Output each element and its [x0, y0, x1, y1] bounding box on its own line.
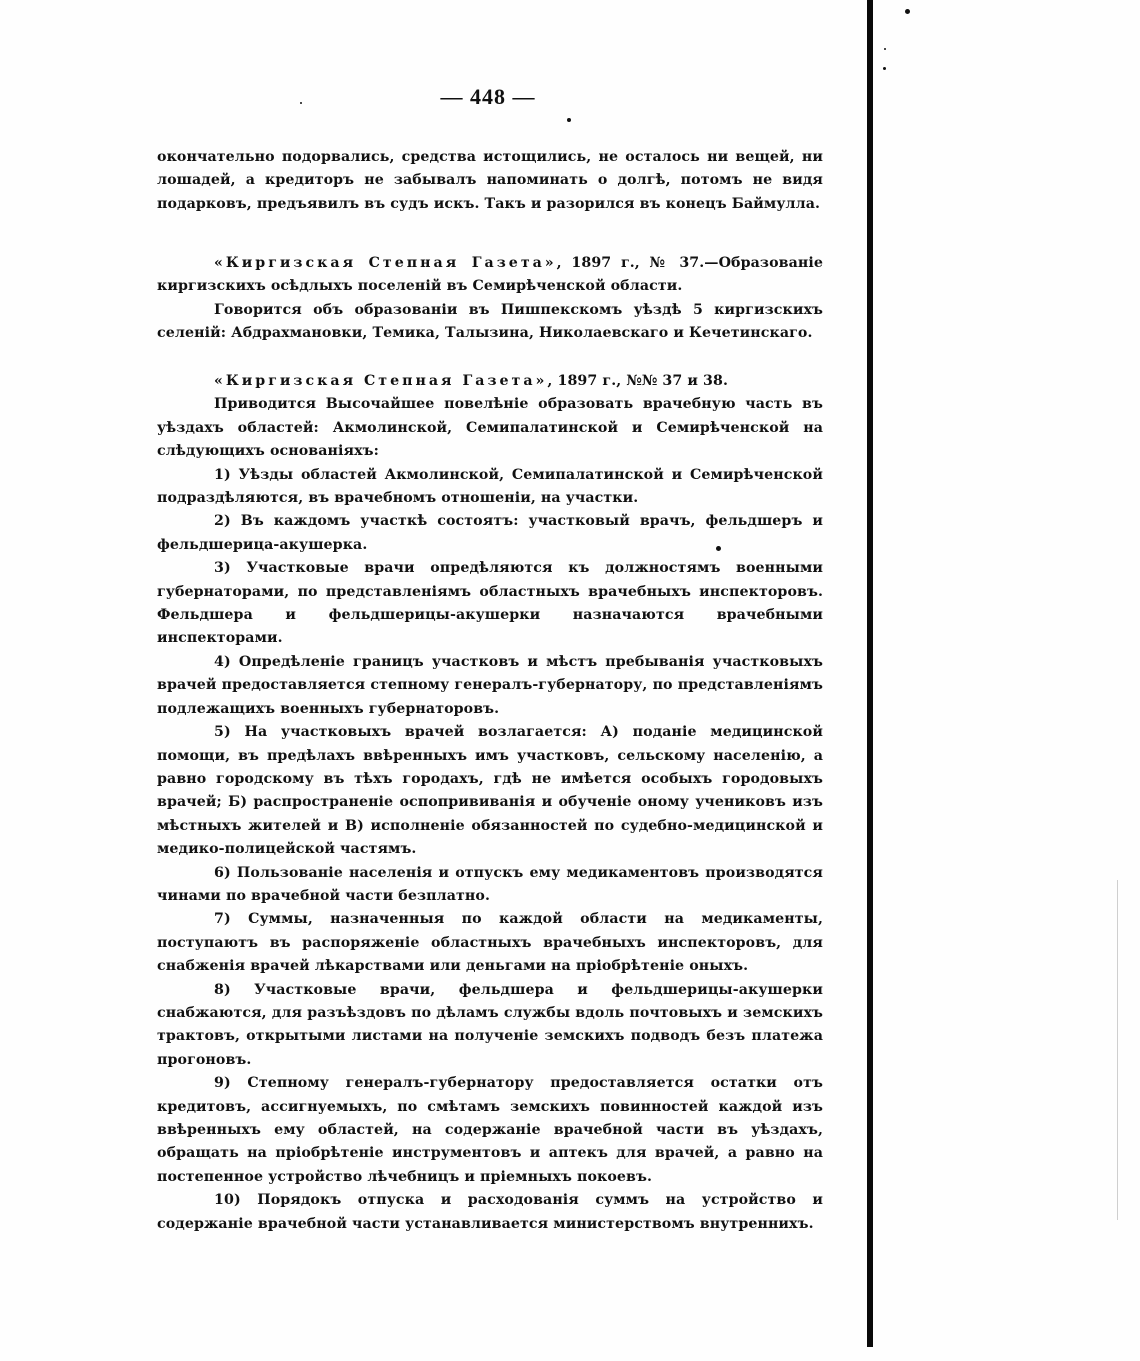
citation-heading: «Киргизская Степная Газета», 1897 г., №№…: [157, 370, 823, 393]
list-item-8: 8) Участковые врачи, фельдшера и фельдше…: [157, 979, 823, 1073]
page-number: — 448 —: [0, 84, 976, 110]
list-item-1: 1) Уѣзды областей Акмолинской, Семипалат…: [157, 464, 823, 511]
text-block-citation-2: «Киргизская Степная Газета», 1897 г., №№…: [157, 370, 823, 1236]
text-block-continuation: окончательно подорвались, средства истощ…: [157, 146, 823, 216]
list-item-9: 9) Степному генералъ-губернатору предост…: [157, 1072, 823, 1189]
list-item-2: 2) Въ каждомъ участкѣ состоятъ: участков…: [157, 510, 823, 557]
citation-details: , 1897 г., №№ 37 и 38.: [547, 373, 728, 389]
list-item-3: 3) Участковые врачи опредѣляются къ долж…: [157, 557, 823, 651]
citation-heading: «Киргизская Степная Газета», 1897 г., № …: [157, 252, 823, 299]
paragraph-intro: Приводится Высочайшее повелѣніе образова…: [157, 393, 823, 463]
faint-scan-line: [1117, 880, 1118, 1220]
list-item-7: 7) Суммы, назначенныя по каждой области …: [157, 908, 823, 978]
scan-speck: [884, 48, 886, 50]
citation-source: «Киргизская Степная Газета»: [214, 373, 547, 389]
list-item-4: 4) Опредѣленіе границъ участковъ и мѣстъ…: [157, 651, 823, 721]
scan-speck: [716, 546, 721, 551]
page-gutter-rule: [867, 0, 873, 1347]
scan-speck: [567, 118, 571, 122]
scan-speck: [883, 67, 886, 70]
scan-speck: [905, 9, 910, 14]
scanned-page: — 448 — окончательно подорвались, средст…: [0, 0, 1140, 1361]
scan-speck: [300, 102, 302, 104]
text-block-citation-1: «Киргизская Степная Газета», 1897 г., № …: [157, 252, 823, 346]
paragraph-continuation: окончательно подорвались, средства истощ…: [157, 146, 823, 216]
citation-source: «Киргизская Степная Газета»: [214, 255, 557, 271]
list-item-5: 5) На участковыхъ врачей возлагается: А)…: [157, 721, 823, 861]
list-item-6: 6) Пользованіе населенія и отпускъ ему м…: [157, 862, 823, 909]
paragraph: Говорится объ образованіи въ Пишпекскомъ…: [157, 299, 823, 346]
list-item-10: 10) Порядокъ отпуска и расходованія сумм…: [157, 1189, 823, 1236]
